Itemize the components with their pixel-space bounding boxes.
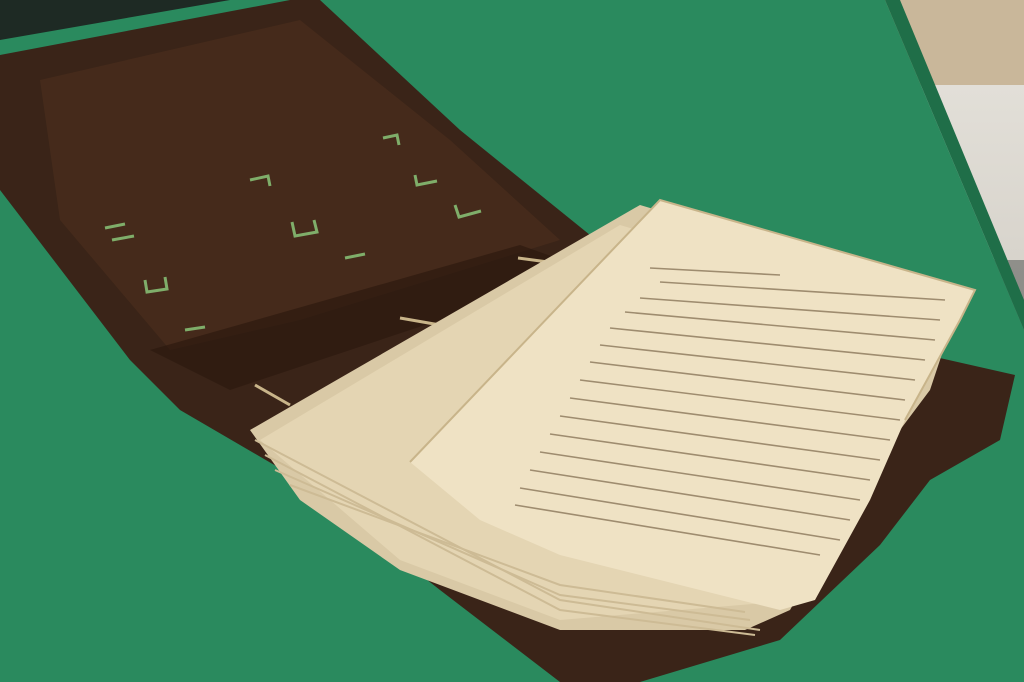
scene-illustration [0, 0, 1024, 682]
photo-scene [0, 0, 1024, 682]
